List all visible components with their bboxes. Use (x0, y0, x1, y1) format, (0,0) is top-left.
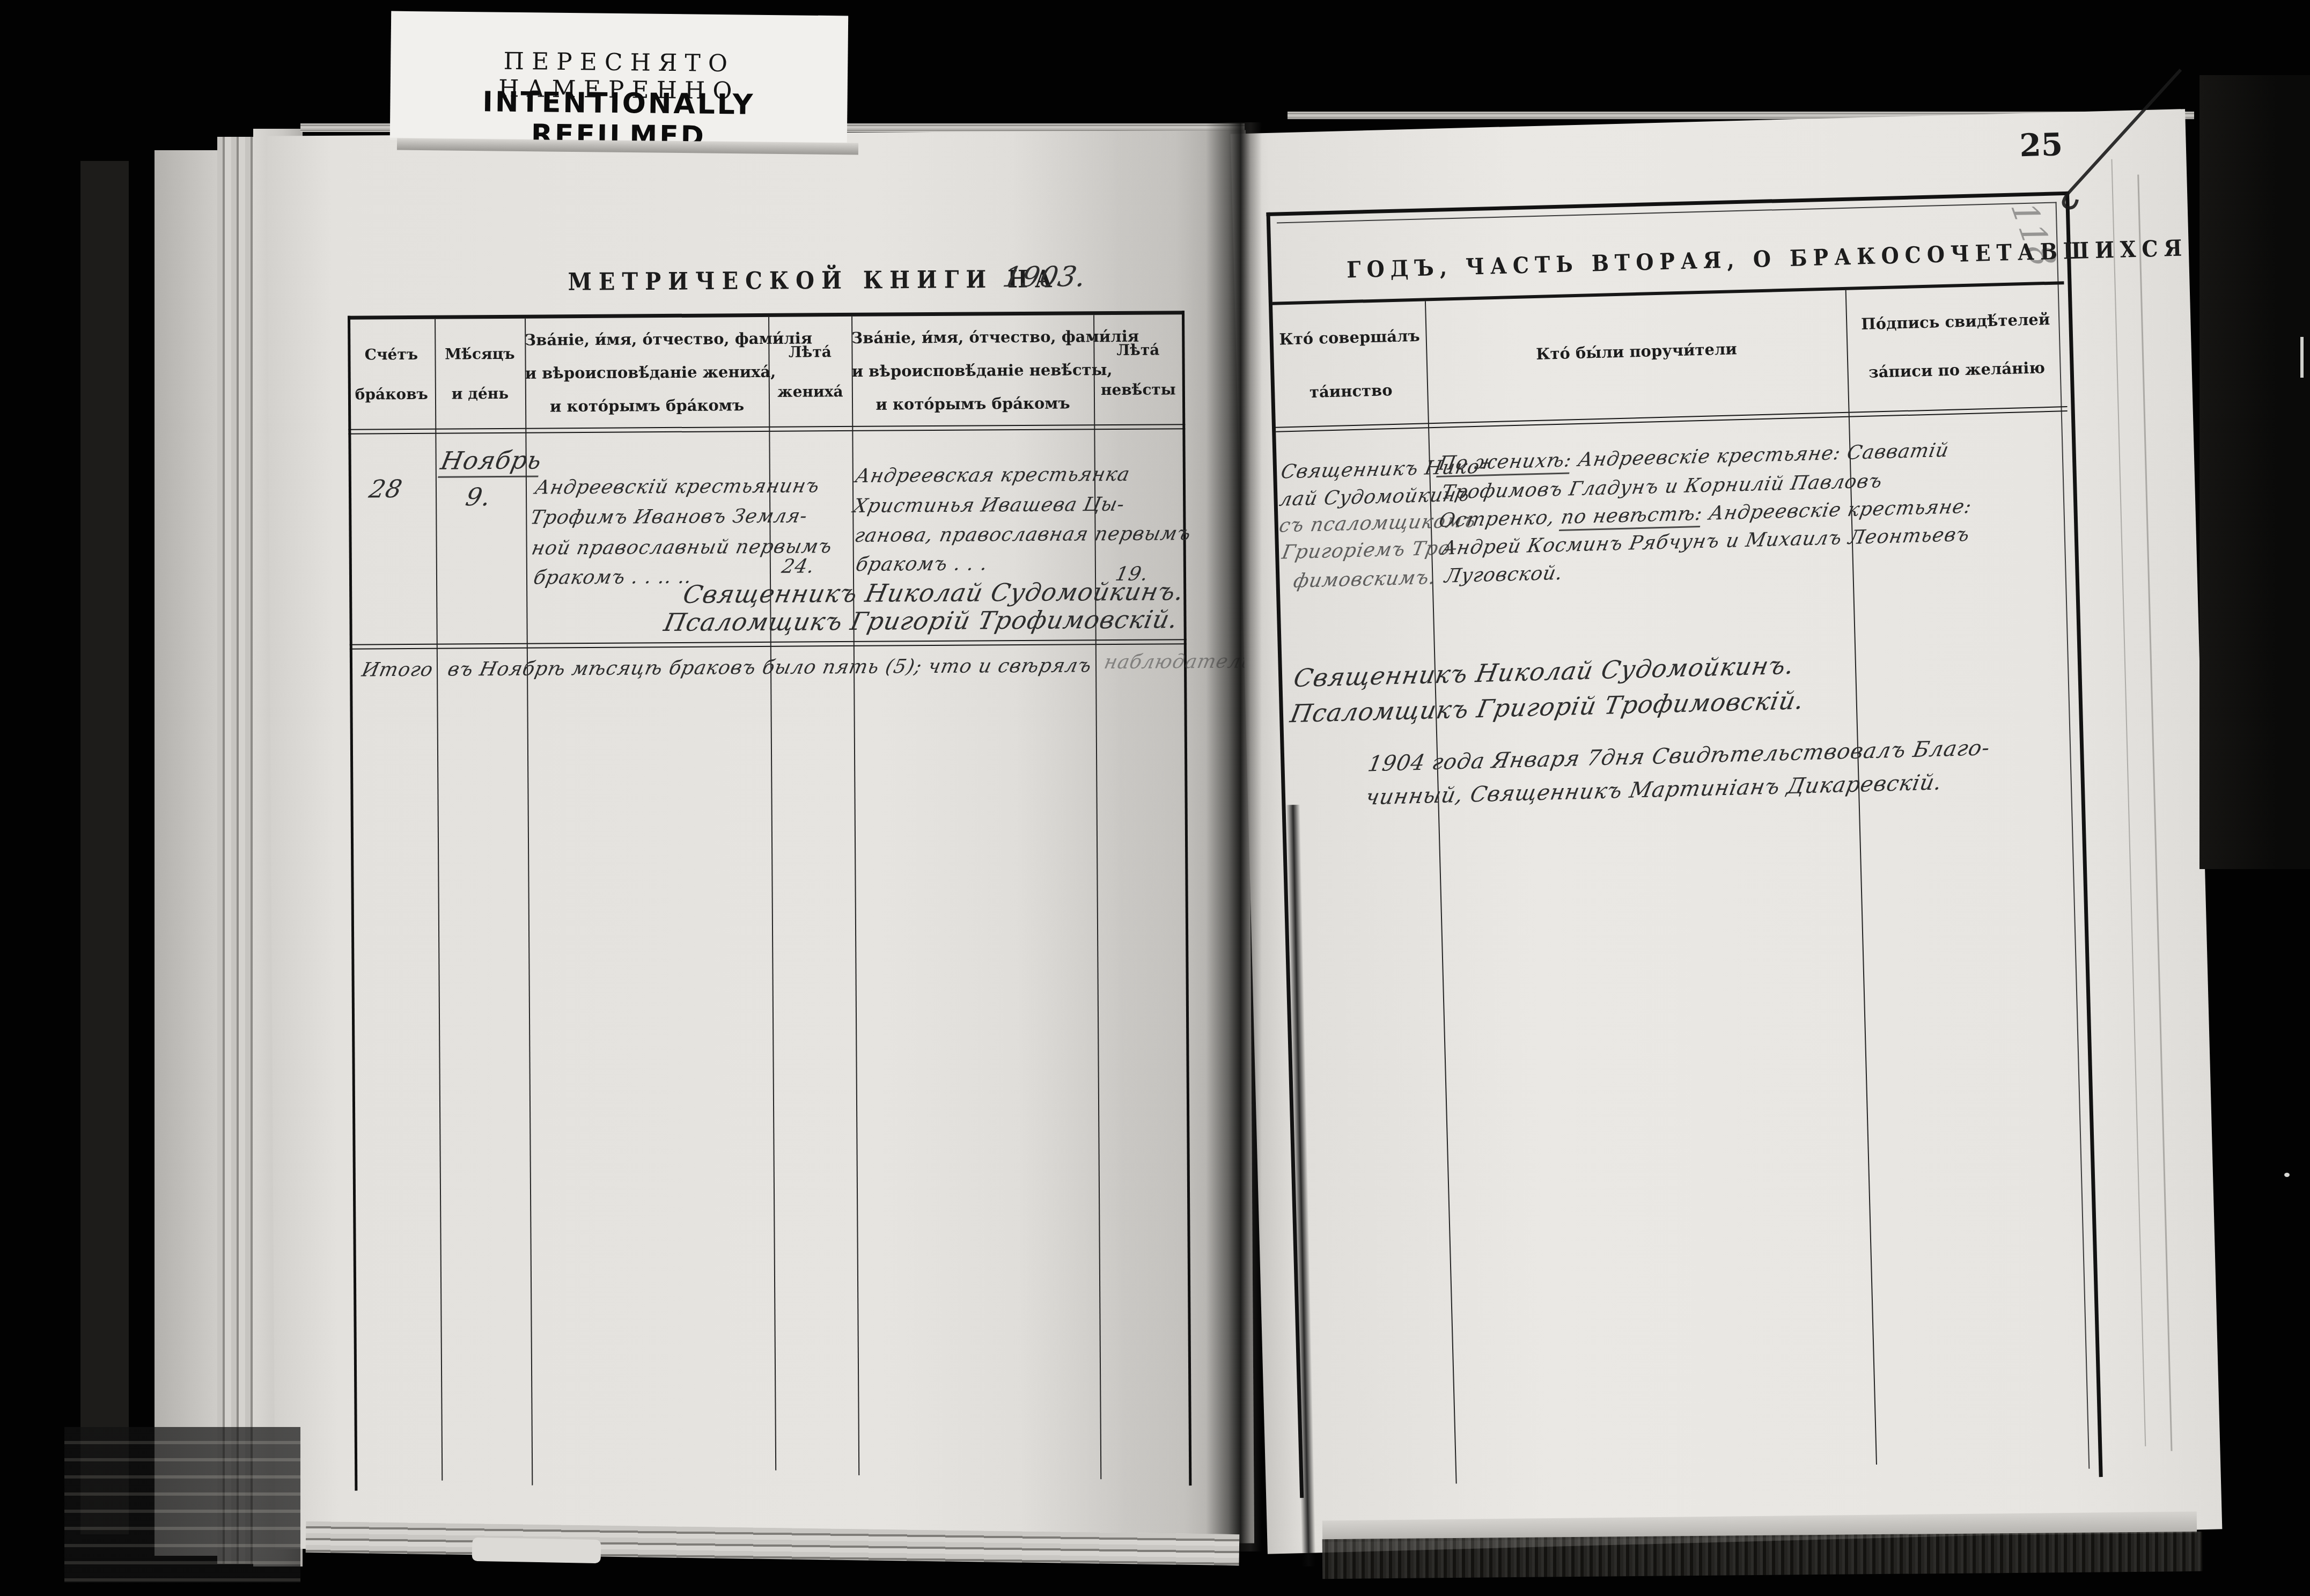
refilm-label: ПЕРЕСНЯТО НАМЕРЕННО INTENTIONALLY REFILM… (390, 11, 848, 143)
col-header-bride: и вѣроисповѣ́даніе невѣ́сты, (852, 361, 1094, 380)
officiant-line: Григоріемъ Тро- (1280, 537, 1460, 564)
bottom-sheet-blob (472, 1538, 601, 1563)
title-year-handwritten: 1903. (1000, 261, 1089, 293)
title-text: МЕТРИЧЕСКОЙ КНИГИ НА (568, 265, 1059, 296)
total-text: въ Ноябрѣ мѣсяцѣ браковъ было пять (5); … (446, 654, 1094, 680)
col-header-groom: и кото́рымъ бра́комъ (525, 396, 769, 416)
page-stack-edge (155, 150, 219, 1556)
paper-crease (2137, 174, 2172, 1451)
col-header-bride: Зва́ніе, и́мя, о́тчество, фами́лія (851, 327, 1093, 347)
witnesses-line: Луговской. (1443, 562, 1565, 587)
col-header-groom-age: Лѣта́ (768, 343, 851, 361)
book-cover-edge (2199, 75, 2310, 869)
col-header-bride: и кото́рымъ бра́комъ (852, 394, 1094, 414)
col-header-groom: и вѣроисповѣ́даніе жениха́, (525, 363, 769, 383)
paper-crease (2111, 159, 2146, 1446)
priest-signature: Священникъ Николай Судомойкинъ. (681, 577, 1187, 609)
col-header-month: и де́нь (435, 385, 525, 403)
bride-line: ганова, православная первымъ (852, 523, 1193, 547)
cover-highlight (2300, 337, 2304, 378)
col-header-bride-age: невѣ́сты (1094, 380, 1183, 399)
record-day: 9. (464, 482, 494, 511)
bride-line: Андреевская крестьянка (854, 464, 1132, 487)
total-label: Итого (360, 659, 436, 681)
groom-line: Андреевскій крестьянинъ (533, 475, 822, 498)
bride-line: Христинья Ивашева Цы- (851, 494, 1127, 517)
right-page-scan: 25 118 ГОДЪ, ЧАСТЬ ВТОРАЯ, О БРАКОСОЧЕТА… (1231, 109, 2223, 1554)
psalmist-signature: Псаломщикъ Григорій Трофимовскій. (661, 605, 1181, 637)
bottom-fabric-texture (1322, 1532, 2203, 1579)
groom-line: бракомъ . . .. .. (532, 566, 694, 589)
col-header-count: бра́ковъ (348, 385, 435, 403)
pen-stroke (2017, 64, 2189, 236)
col-header-groom-age: жениха́ (769, 383, 852, 401)
col-header-count: Сче́тъ (348, 345, 435, 364)
left-page-title: МЕТРИЧЕСКОЙ КНИГИ НА (568, 266, 991, 296)
bottom-left-stack (64, 1427, 300, 1583)
record-number: 28 (366, 474, 405, 503)
page-stack-edge (80, 161, 129, 1534)
groom-line: Трофимъ Ивановъ Земля- (528, 505, 810, 528)
cover-speck (2284, 1173, 2290, 1177)
microfilm-scan: МЕТРИЧЕСКОЙ КНИГИ НА 1903. Сче́тъ бра́ко… (0, 0, 2310, 1596)
page-stack-edge (217, 137, 255, 1564)
column-line (435, 319, 443, 1481)
column-line (525, 319, 533, 1485)
col-header-bride-age: Лѣта́ (1093, 341, 1182, 359)
left-page-scan: МЕТРИЧЕСКОЙ КНИГИ НА 1903. Сче́тъ бра́ко… (267, 130, 1254, 1549)
col-header-month: Мѣ́сяцъ (435, 345, 525, 363)
column-line (851, 317, 859, 1475)
groom-age: 24. (780, 555, 817, 577)
bride-line: бракомъ . . . (854, 553, 990, 576)
col-header-groom: Зва́ніе, и́мя, о́тчество, фами́лія (525, 329, 768, 349)
officiant-line: фимовскимъ. (1292, 567, 1438, 592)
table-left-border (348, 316, 357, 1491)
record-month: Ноябрь (438, 445, 545, 475)
gutter-shadow (1206, 122, 1262, 1551)
